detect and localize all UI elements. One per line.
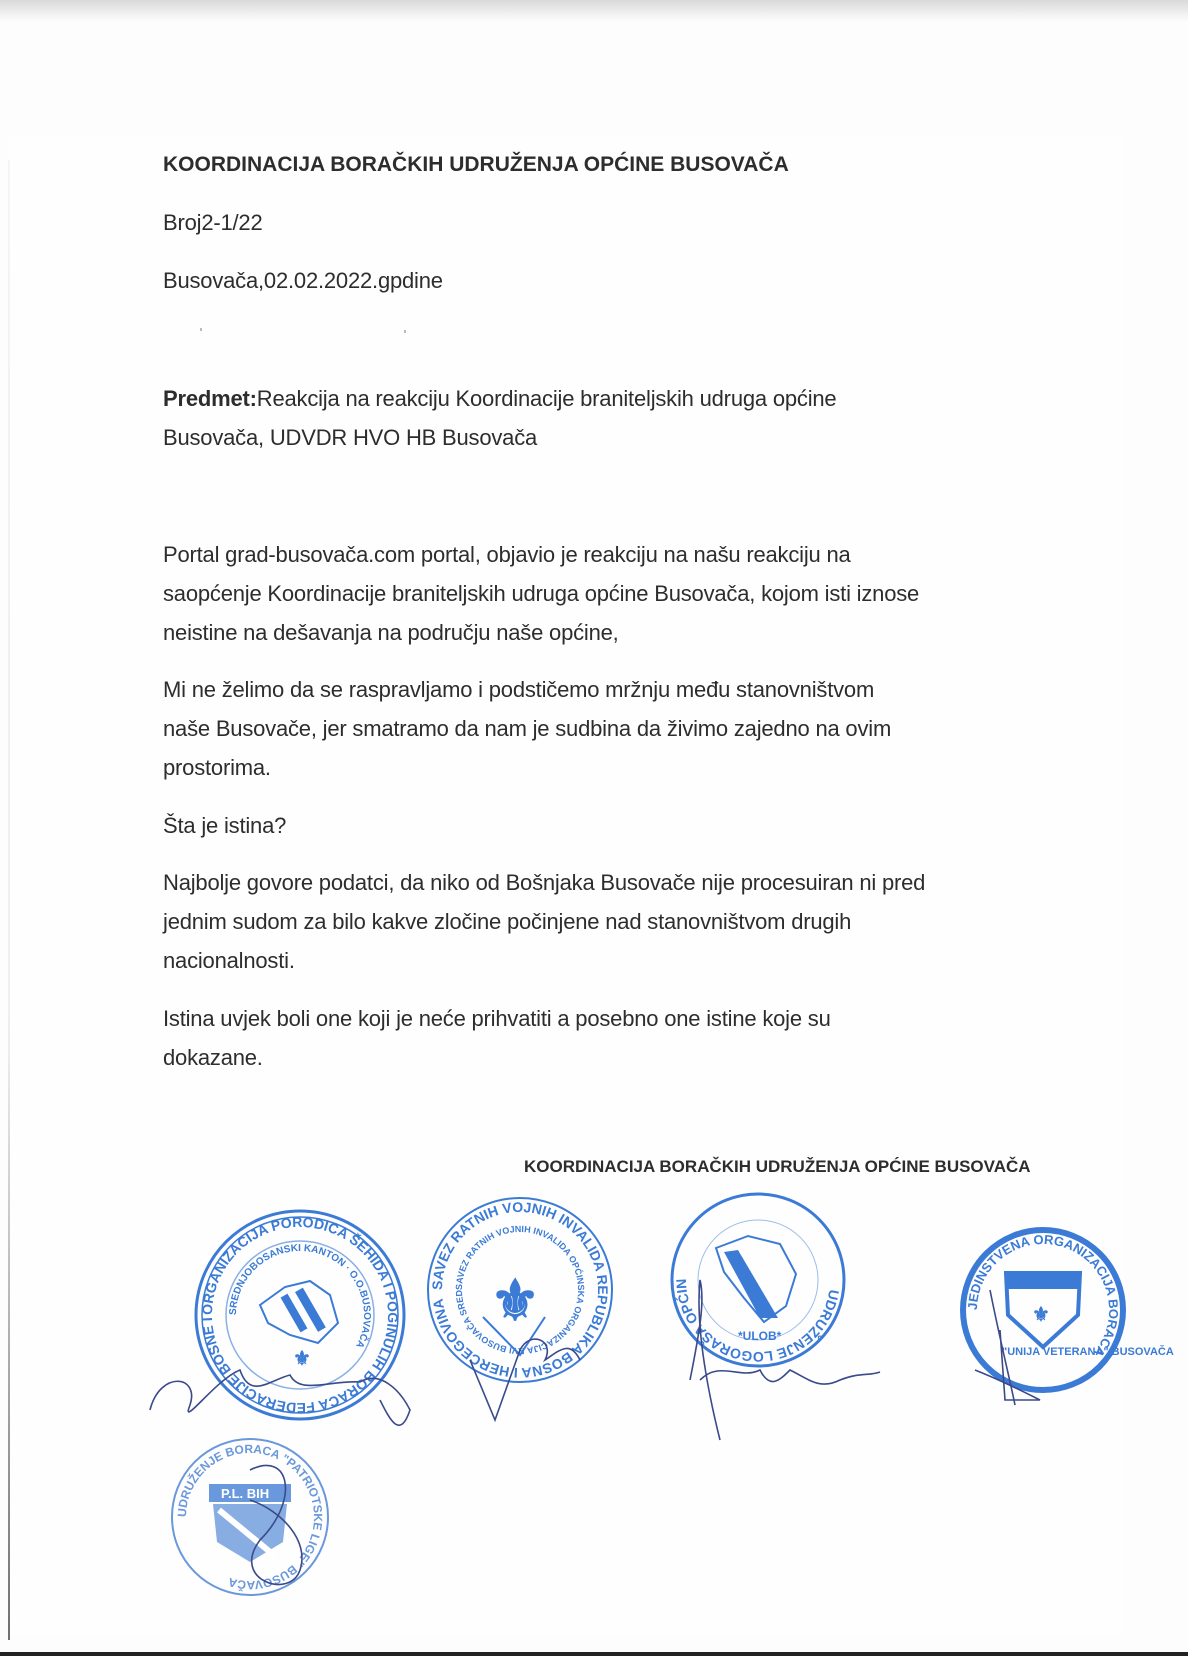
text-line: naše Busovače, jer smatramo da nam je su… — [163, 709, 1063, 748]
subject-line-2: Busovača, UDVDR HVO HB Busovača — [163, 425, 537, 451]
shield-lily-icon: ⚜ — [1006, 1273, 1080, 1347]
document-header: KOORDINACIJA BORAČKIH UDRUŽENJA OPĆINE B… — [163, 153, 789, 177]
text-line: prostorima. — [163, 748, 1063, 787]
svg-text:⚜: ⚜ — [293, 1348, 311, 1370]
stamp-bottom-text: *ULOB* — [738, 1329, 782, 1343]
fleur-de-lis-icon: ⚜ — [490, 1269, 540, 1332]
top-shade — [0, 0, 1188, 22]
stamp-jedinstvena: JEDINSTVENA ORGANIZACIJA BORACA ⚜ "UNIJA… — [958, 1225, 1128, 1395]
text-line: nacionalnosti. — [163, 941, 1063, 980]
text-line: saopćenje Koordinacije braniteljskih udr… — [163, 574, 1063, 613]
stamp-rvi: SAVEZ RATNIH VOJNIH INVALIDA REPUBLIKA B… — [425, 1195, 615, 1385]
signature-heading: KOORDINACIJA BORAČKIH UDRUŽENJA OPĆINE B… — [524, 1157, 1031, 1177]
paragraph-5: Istina uvjek boli one koji je neće prihv… — [163, 999, 1063, 1077]
stamp-bottom-text: "UNIJA VETERANA" BUSOVAČA — [1002, 1345, 1174, 1358]
stamp-inner-text: P.L. BIH — [221, 1486, 269, 1501]
subject-label: Predmet: — [163, 386, 257, 411]
bih-map-flag-icon — [716, 1236, 796, 1322]
paragraph-4: Najbolje govore podatci, da niko od Bošn… — [163, 863, 1063, 980]
stamp-logorasa: UDRUŽENJE LOGORAŠA OPĆINE BUSOVAČA *ULOB… — [668, 1190, 848, 1370]
stamp-porodice-sehida: ORGANIZACIJA PORODICA ŠEHIDA I POGINULIH… — [190, 1205, 410, 1425]
text-line: neistine na dešavanja na području naše o… — [163, 613, 1063, 652]
paragraph-3: Šta je istina? — [163, 806, 1063, 845]
text-line: Najbolje govore podatci, da niko od Bošn… — [163, 863, 1063, 902]
text-line: Istina uvjek boli one koji je neće prihv… — [163, 999, 1063, 1038]
subject-line-1: Predmet:Reakcija na reakciju Koordinacij… — [163, 386, 836, 412]
document-number: Broj2-1/22 — [163, 210, 263, 236]
text-line: Mi ne želimo da se raspravljamo i podsti… — [163, 670, 1063, 709]
text-line: Šta je istina? — [163, 806, 1063, 845]
stamp-patriotske-lige: UDRUŽENJE BORACA "PATRIOTSKE LIGE" BUSOV… — [165, 1432, 335, 1602]
text-line: dokazane. — [163, 1038, 1063, 1077]
paragraph-1: Portal grad-busovača.com portal, objavio… — [163, 535, 1063, 652]
scan-speck — [404, 330, 406, 333]
bih-map-candles-lily-icon: ⚜ — [260, 1281, 338, 1370]
shield-lilies-icon: P.L. BIH — [209, 1484, 291, 1562]
scan-speck — [200, 328, 202, 331]
paragraph-2: Mi ne želimo da se raspravljamo i podsti… — [163, 670, 1063, 787]
page-edge — [8, 160, 10, 1640]
place-date: Busovača,02.02.2022.gpdine — [163, 268, 443, 294]
svg-text:⚜: ⚜ — [1032, 1304, 1050, 1326]
text-line: jednim sudom za bilo kakve zločine počin… — [163, 902, 1063, 941]
subject-text: Reakcija na reakciju Koordinacije branit… — [257, 386, 837, 411]
bottom-bar — [0, 1652, 1188, 1656]
text-line: Portal grad-busovača.com portal, objavio… — [163, 535, 1063, 574]
